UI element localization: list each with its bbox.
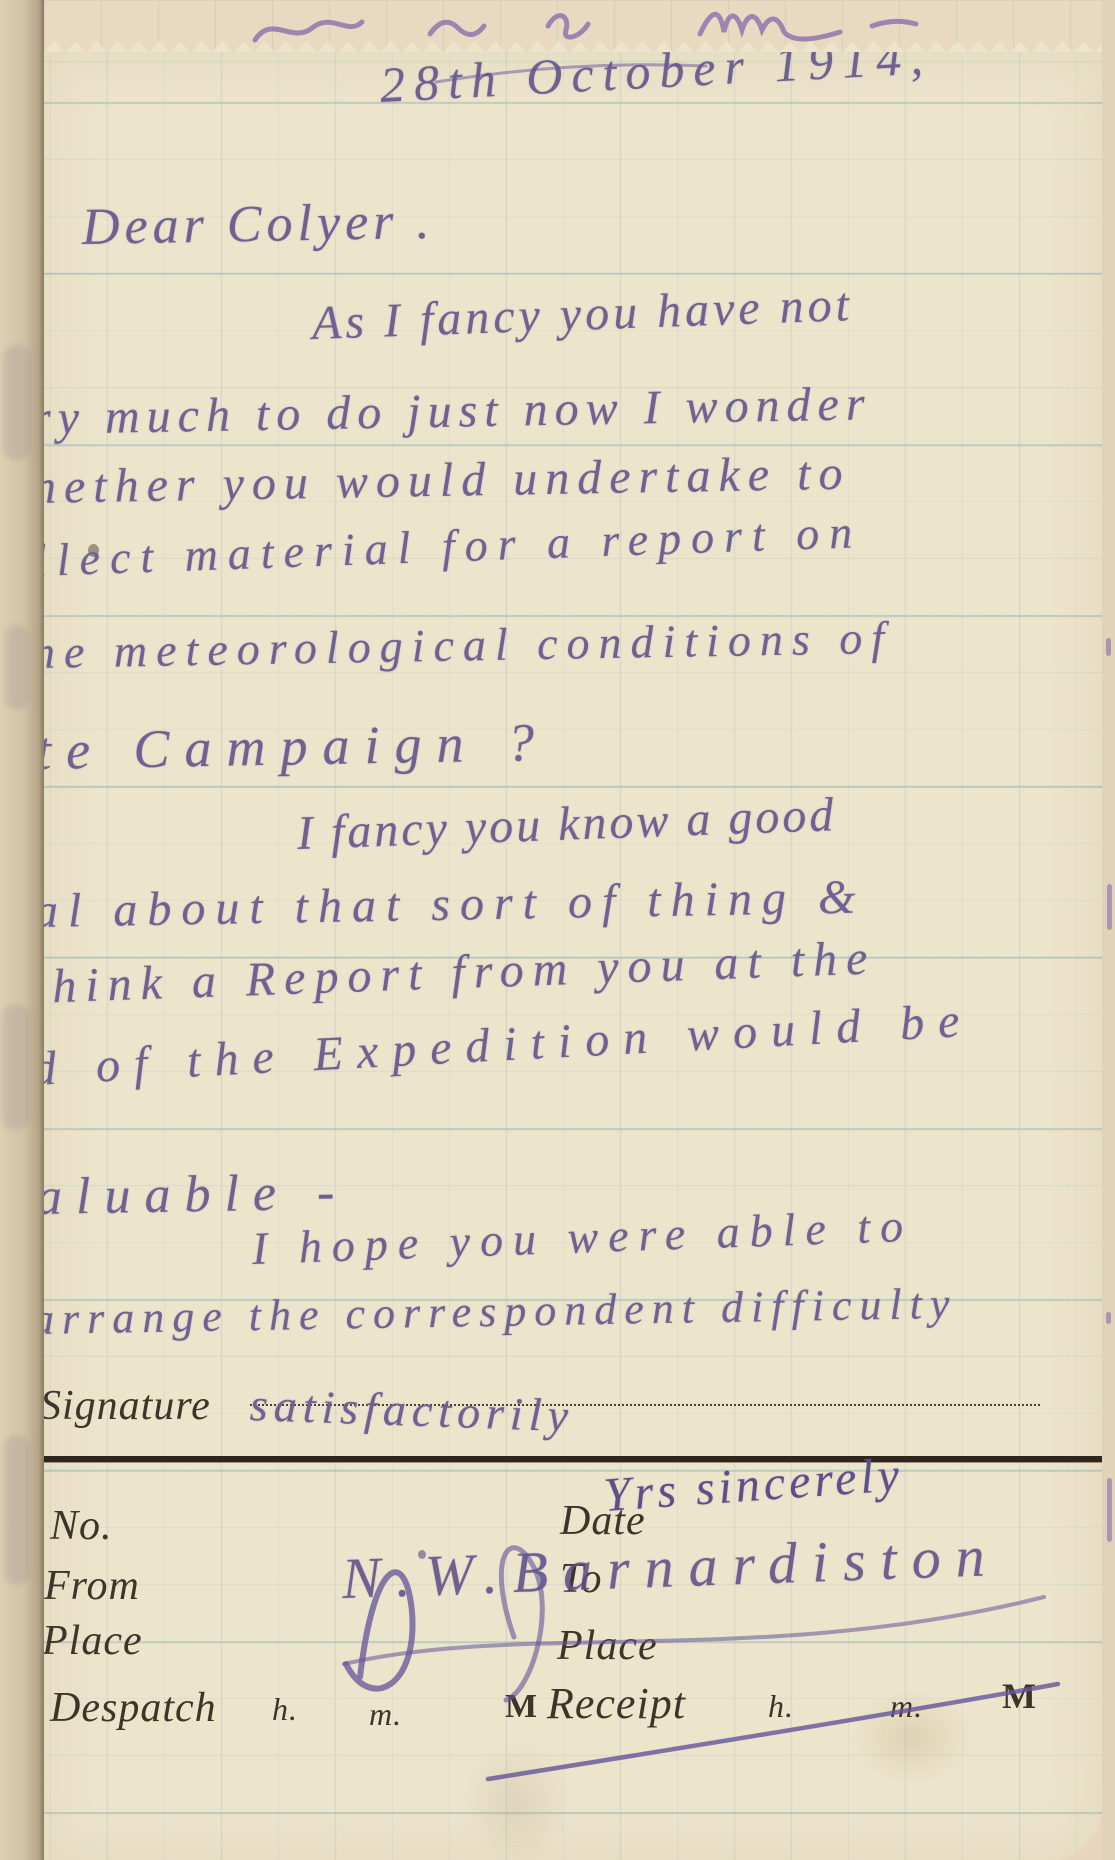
despatch-minutes-label: m. <box>369 1698 402 1730</box>
salutation: Dear Colyer . <box>82 196 435 254</box>
despatch-hours-label: h. <box>272 1693 298 1725</box>
signature: N.W.Barnardiston <box>341 1527 1001 1608</box>
field-label-no: No. <box>50 1505 113 1547</box>
letter-line: arrange the correspondent difficulty <box>44 1282 958 1342</box>
letter-date: 28th October 1914, <box>379 52 933 110</box>
ghost-writing <box>5 625 29 710</box>
signature-label: Signature <box>44 1385 211 1427</box>
field-label-receipt: Receipt <box>547 1682 686 1726</box>
ink-mark <box>1107 884 1112 930</box>
section-rule <box>44 1456 1102 1462</box>
ghost-writing <box>2 1005 30 1130</box>
letter-line: ry much to do just now I wonder <box>44 380 872 443</box>
ink-mark <box>1106 1312 1111 1324</box>
letter-line: satisfactorily <box>249 1382 575 1439</box>
letter-line: I fancy you know a good <box>296 791 837 858</box>
letter-line: he meteorological conditions of <box>44 615 893 676</box>
letter-line: hether you would undertake to <box>44 450 851 512</box>
despatch-meridiem-label: M <box>505 1690 538 1724</box>
receipt-meridiem-label: M <box>1002 1678 1037 1714</box>
ghost-writing <box>4 1435 30 1585</box>
field-label-place-right: Place <box>557 1625 658 1667</box>
letter-line: As I fancy you have not <box>311 281 854 348</box>
ink-mark <box>1106 638 1111 656</box>
receipt-hours-label: h. <box>768 1690 794 1722</box>
adjacent-page-edge <box>1102 0 1115 1860</box>
receipt-minutes-label: m. <box>890 1690 923 1722</box>
letter-line: think a Report from you at the <box>44 934 877 1012</box>
letter-line: llect material for a report on <box>44 509 863 584</box>
scanned-letter-page: 28th October 1914, Dear Colyer . As I fa… <box>0 0 1115 1860</box>
paper-stain <box>462 1740 572 1860</box>
field-label-place-left: Place <box>44 1620 143 1662</box>
letter-line: al about that sort of thing & <box>44 873 866 936</box>
letter-line: I hope you were able to <box>251 1203 914 1272</box>
field-label-despatch: Despatch <box>50 1687 217 1729</box>
letter-sheet: 28th October 1914, Dear Colyer . As I fa… <box>44 52 1102 1860</box>
letter-line: aluable - <box>44 1167 349 1224</box>
ghost-writing <box>3 345 31 460</box>
letter-line: te Campaign ? <box>44 715 549 778</box>
field-label-from: From <box>44 1565 140 1607</box>
letter-line: d of the Expedition would be <box>44 997 975 1094</box>
ink-mark <box>1107 1478 1112 1542</box>
